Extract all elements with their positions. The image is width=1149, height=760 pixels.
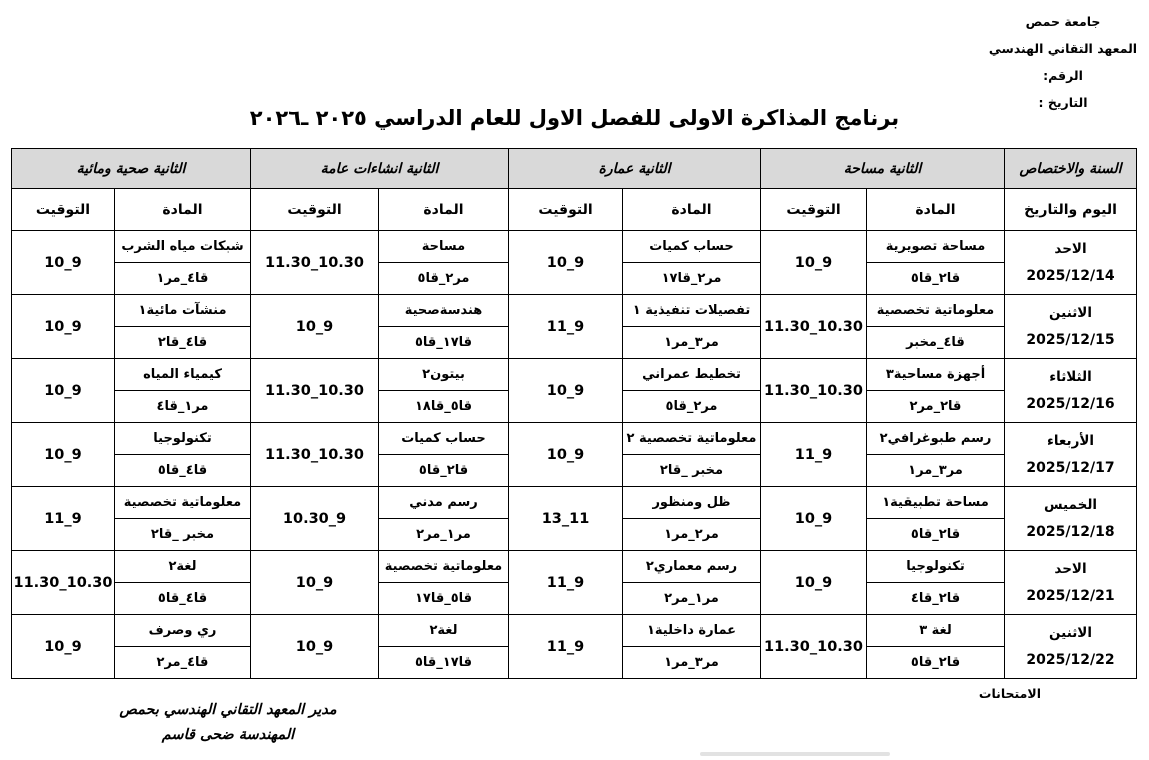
exam-date: 2025/12/14: [1005, 257, 1136, 287]
subject-cell: منشآت مائية١: [115, 295, 251, 327]
letterhead-university: جامعة حمص: [983, 8, 1143, 35]
time-cell: 10_9: [761, 231, 867, 295]
header-subject: المادة: [379, 189, 509, 231]
time-cell: 10_9: [251, 551, 379, 615]
time-cell: 10_9: [251, 615, 379, 679]
exam-date: 2025/12/16: [1005, 385, 1136, 415]
room-cell: مر٢_قا٥: [379, 263, 509, 295]
room-cell: قا٤_مر٢: [115, 647, 251, 679]
exam-date: 2025/12/15: [1005, 321, 1136, 351]
header-group-general-construction: الثانية انشاءات عامة: [251, 149, 509, 189]
document-page: جامعة حمص المعهد التقاني الهندسي الرقم: …: [0, 0, 1149, 760]
room-cell: قا١٧_قا٥: [379, 327, 509, 359]
subject-cell: ظل ومنظور: [623, 487, 761, 519]
room-cell: قا٤_قا٥: [115, 583, 251, 615]
header-subject: المادة: [867, 189, 1005, 231]
subject-cell: معلوماتية تخصصية: [379, 551, 509, 583]
subject-cell: عمارة داخلية١: [623, 615, 761, 647]
room-cell: قا٢_قا٥: [867, 647, 1005, 679]
signature-name: المهندسة ضحى قاسم: [58, 722, 398, 747]
time-cell: 10.30_9: [251, 487, 379, 551]
room-cell: قا٤_قا٥: [115, 455, 251, 487]
exams-department-label: الامتحانات: [979, 686, 1041, 701]
subject-cell: لغة ٣: [867, 615, 1005, 647]
time-cell: 10_9: [761, 551, 867, 615]
time-cell: 13_11: [509, 487, 623, 551]
letterhead-number-label: الرقم:: [983, 62, 1143, 89]
subject-cell: أجهزة مساحية٣: [867, 359, 1005, 391]
room-cell: مخبر _قا٢: [623, 455, 761, 487]
time-cell: 11.30_10.30: [11, 551, 114, 615]
subject-cell: تخطيط عمراني: [623, 359, 761, 391]
subject-cell: رسم مدني: [379, 487, 509, 519]
day-name: الاثنين: [1005, 302, 1136, 321]
room-cell: قا٤_مر١: [115, 263, 251, 295]
room-cell: قا٢_مر٢: [867, 391, 1005, 423]
header-day-date: اليوم والتاريخ: [1005, 189, 1137, 231]
subject-cell: مساحة تطبيقية١: [867, 487, 1005, 519]
time-cell: 11_9: [509, 295, 623, 359]
subject-cell: شبكات مياه الشرب: [115, 231, 251, 263]
room-cell: قا٢_قا٥: [867, 519, 1005, 551]
exam-date: 2025/12/18: [1005, 513, 1136, 543]
subject-cell: لغة٢: [115, 551, 251, 583]
subject-cell: معلوماتية تخصصية: [115, 487, 251, 519]
time-cell: 11.30_10.30: [251, 423, 379, 487]
subject-cell: لغة٢: [379, 615, 509, 647]
subject-cell: حساب كميات: [623, 231, 761, 263]
page-title: برنامج المذاكرة الاولى للفصل الاول للعام…: [0, 106, 1149, 130]
room-cell: مخبر _قا٢: [115, 519, 251, 551]
time-cell: 11_9: [509, 551, 623, 615]
room-cell: قا٢_قا٤: [867, 583, 1005, 615]
subject-cell: بيتون٢: [379, 359, 509, 391]
header-time: التوقيت: [11, 189, 114, 231]
room-cell: مر١_مر٢: [623, 583, 761, 615]
room-cell: مر٢_قا١٧: [623, 263, 761, 295]
subject-cell: كيمياء المياه: [115, 359, 251, 391]
time-cell: 10_9: [11, 423, 114, 487]
room-cell: مر٢_مر١: [623, 519, 761, 551]
subject-cell: رسم طبوغرافي٢: [867, 423, 1005, 455]
subject-cell: حساب كميات: [379, 423, 509, 455]
room-cell: مر٣_مر١: [623, 327, 761, 359]
time-cell: 10_9: [761, 487, 867, 551]
time-cell: 11.30_10.30: [251, 359, 379, 423]
time-cell: 11_9: [11, 487, 114, 551]
subject-cell: معلوماتية تخصصية: [867, 295, 1005, 327]
time-cell: 10_9: [11, 231, 114, 295]
room-cell: قا١٧_قا٥: [379, 647, 509, 679]
time-cell: 11.30_10.30: [251, 231, 379, 295]
schedule-body: الاحد2025/12/14مساحة تصويرية10_9حساب كمي…: [11, 231, 1136, 679]
exam-date: 2025/12/17: [1005, 449, 1136, 479]
day-name: الخميس: [1005, 494, 1136, 513]
header-time: التوقيت: [509, 189, 623, 231]
room-cell: مر١_قا٤: [115, 391, 251, 423]
day-name: الاحد: [1005, 558, 1136, 577]
room-cell: مر٢_قا٥: [623, 391, 761, 423]
room-cell: قا٤_مخبر: [867, 327, 1005, 359]
room-cell: قا٢_قا٥: [379, 455, 509, 487]
room-cell: مر٣_مر١: [867, 455, 1005, 487]
signature-title: مدير المعهد التقاني الهندسي بحمص: [58, 697, 398, 722]
room-cell: قا٤_قا٢: [115, 327, 251, 359]
day-date-cell: الأربعاء2025/12/17: [1005, 423, 1137, 487]
time-cell: 10_9: [509, 359, 623, 423]
header-group-surveying: الثانية مساحة: [761, 149, 1005, 189]
room-cell: قا٥_قا١٨: [379, 391, 509, 423]
time-cell: 10_9: [251, 295, 379, 359]
time-cell: 11.30_10.30: [761, 295, 867, 359]
time-cell: 10_9: [509, 231, 623, 295]
subject-cell: رسم معماري٢: [623, 551, 761, 583]
day-date-cell: الاثنين2025/12/22: [1005, 615, 1137, 679]
day-date-cell: الثلاثاء2025/12/16: [1005, 359, 1137, 423]
subject-cell: تكنولوجيا: [867, 551, 1005, 583]
letterhead-institute: المعهد التقاني الهندسي: [983, 35, 1143, 62]
time-cell: 11.30_10.30: [761, 359, 867, 423]
subject-cell: مساحة تصويرية: [867, 231, 1005, 263]
time-cell: 10_9: [509, 423, 623, 487]
room-cell: مر٣_مر١: [623, 647, 761, 679]
subject-cell: هندسةصحية: [379, 295, 509, 327]
day-name: الثلاثاء: [1005, 366, 1136, 385]
subject-cell: ري وصرف: [115, 615, 251, 647]
subject-cell: مساحة: [379, 231, 509, 263]
time-cell: 10_9: [11, 359, 114, 423]
day-date-cell: الاثنين2025/12/15: [1005, 295, 1137, 359]
time-cell: 11_9: [761, 423, 867, 487]
header-subject: المادة: [115, 189, 251, 231]
exam-date: 2025/12/21: [1005, 577, 1136, 607]
day-date-cell: الاحد2025/12/21: [1005, 551, 1137, 615]
exam-date: 2025/12/22: [1005, 641, 1136, 671]
horizontal-scrollbar-thumb[interactable]: [700, 752, 890, 756]
header-time: التوقيت: [761, 189, 867, 231]
header-year-specialization: السنة والاختصاص: [1005, 149, 1137, 189]
director-signature: مدير المعهد التقاني الهندسي بحمص المهندس…: [58, 697, 398, 747]
room-cell: قا٢_قا٥: [867, 263, 1005, 295]
subject-cell: معلوماتية تخصصية ٢: [623, 423, 761, 455]
exam-schedule-table: السنة والاختصاص الثانية مساحة الثانية عم…: [11, 148, 1137, 679]
day-name: الاثنين: [1005, 622, 1136, 641]
time-cell: 10_9: [11, 615, 114, 679]
day-date-cell: الاحد2025/12/14: [1005, 231, 1137, 295]
time-cell: 10_9: [11, 295, 114, 359]
day-name: الاحد: [1005, 238, 1136, 257]
time-cell: 11.30_10.30: [761, 615, 867, 679]
room-cell: مر١_مر٢: [379, 519, 509, 551]
room-cell: قا٥_قا١٧: [379, 583, 509, 615]
header-subject: المادة: [623, 189, 761, 231]
header-time: التوقيت: [251, 189, 379, 231]
letterhead: جامعة حمص المعهد التقاني الهندسي الرقم: …: [983, 8, 1143, 116]
subject-cell: تكنولوجيا: [115, 423, 251, 455]
header-group-architecture: الثانية عمارة: [509, 149, 761, 189]
day-date-cell: الخميس2025/12/18: [1005, 487, 1137, 551]
day-name: الأربعاء: [1005, 430, 1136, 449]
subject-cell: تفصيلات تنفيذية ١: [623, 295, 761, 327]
time-cell: 11_9: [509, 615, 623, 679]
header-group-sanitary-water: الثانية صحية ومائية: [11, 149, 250, 189]
